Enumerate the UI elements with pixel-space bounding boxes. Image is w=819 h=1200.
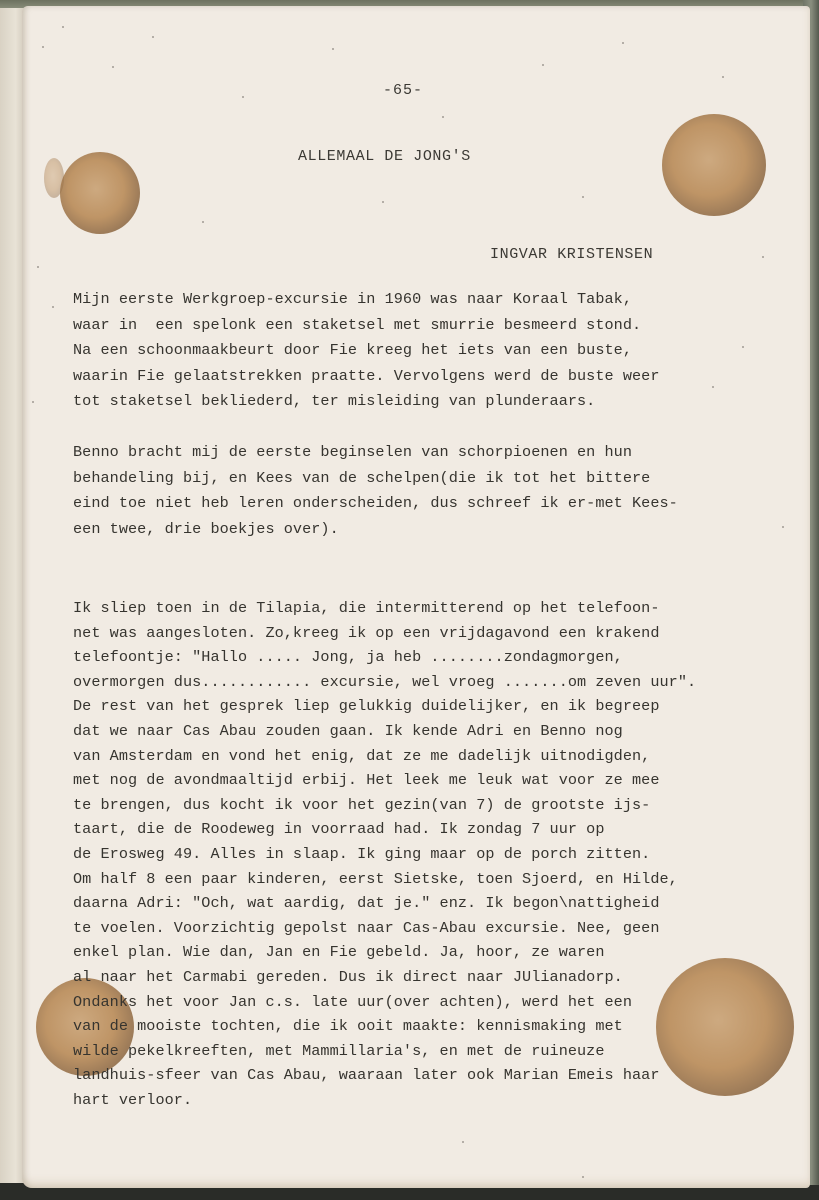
speck [542,64,544,66]
speck [112,66,114,68]
text-line: enkel plan. Wie dan, Jan en Fie gebeld. … [73,940,696,965]
text-line: Ik sliep toen in de Tilapia, die intermi… [73,596,696,621]
text-line: al naar het Carmabi gereden. Dus ik dire… [73,965,696,990]
article-title: ALLEMAAL DE JONG'S [298,148,471,165]
speck [622,42,624,44]
page-number: -65- [383,82,423,99]
speck [62,26,64,28]
paragraph-1: Mijn eerste Werkgroep-excursie in 1960 w… [73,287,660,415]
text-line: Mijn eerste Werkgroep-excursie in 1960 w… [73,287,660,313]
text-line: te voelen. Voorzichtig gepolst naar Cas-… [73,916,696,941]
text-line: behandeling bij, en Kees van de schelpen… [73,466,678,492]
paragraph-2: Benno bracht mij de eerste beginselen va… [73,440,678,542]
speck [42,46,44,48]
speck [37,266,39,268]
speck [762,256,764,258]
speck [442,116,444,118]
text-line: waar in een spelonk een staketsel met sm… [73,313,660,339]
text-line: met nog de avondmaaltijd erbij. Het leek… [73,768,696,793]
speck [782,526,784,528]
text-line: wilde pekelkreeften, met Mammillaria's, … [73,1039,696,1064]
text-line: tot staketsel bekliederd, ter misleiding… [73,389,660,415]
text-line: daarna Adri: "Och, wat aardig, dat je." … [73,891,696,916]
speck [382,201,384,203]
stain-top-left-small [44,158,64,198]
stain-top-left [60,152,140,234]
text-line: de Erosweg 49. Alles in slaap. Ik ging m… [73,842,696,867]
text-line: Ondanks het voor Jan c.s. late uur(over … [73,990,696,1015]
speck [712,386,714,388]
paragraph-3: Ik sliep toen in de Tilapia, die intermi… [73,596,696,1112]
text-line: dat we naar Cas Abau zouden gaan. Ik ken… [73,719,696,744]
text-line: Benno bracht mij de eerste beginselen va… [73,440,678,466]
speck [242,96,244,98]
speck [462,1141,464,1143]
text-line: te brengen, dus kocht ik voor het gezin(… [73,793,696,818]
stain-top-right [662,114,766,216]
text-line: De rest van het gesprek liep gelukkig du… [73,694,696,719]
text-line: een twee, drie boekjes over). [73,517,678,543]
text-line: eind toe niet heb leren onderscheiden, d… [73,491,678,517]
speck [52,306,54,308]
speck [202,221,204,223]
speck [742,346,744,348]
text-line: hart verloor. [73,1088,696,1113]
speck [32,401,34,403]
text-line: Na een schoonmaakbeurt door Fie kreeg he… [73,338,660,364]
article-author: INGVAR KRISTENSEN [490,246,653,263]
text-line: Om half 8 een paar kinderen, eerst Siets… [73,867,696,892]
text-line: overmorgen dus............ excursie, wel… [73,670,696,695]
text-line: telefoontje: "Hallo ..... Jong, ja heb .… [73,645,696,670]
text-line: van de mooiste tochten, die ik ooit maak… [73,1014,696,1039]
text-line: net was aangesloten. Zo,kreeg ik op een … [73,621,696,646]
text-line: van Amsterdam en vond het enig, dat ze m… [73,744,696,769]
text-line: waarin Fie gelaatstrekken praatte. Vervo… [73,364,660,390]
speck [722,76,724,78]
text-line: landhuis-sfeer van Cas Abau, waaraan lat… [73,1063,696,1088]
speck [332,48,334,50]
text-line: taart, die de Roodeweg in voorraad had. … [73,817,696,842]
speck [152,36,154,38]
speck [582,1176,584,1178]
speck [582,196,584,198]
